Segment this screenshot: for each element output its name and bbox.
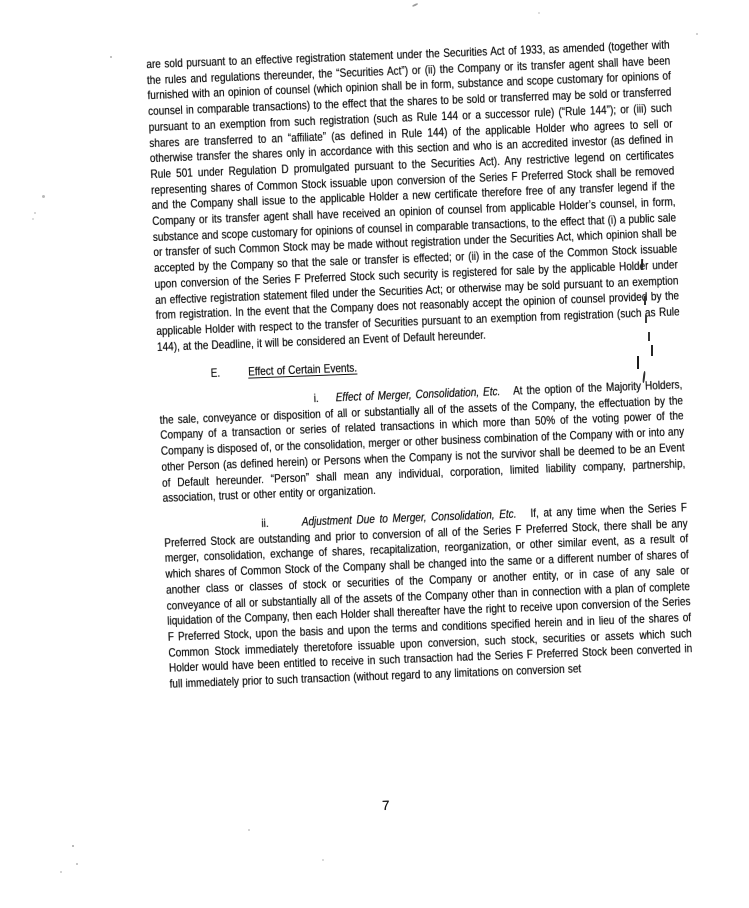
section-e-heading: E.Effect of Certain Events. [158,349,682,384]
page-number: 7 [382,798,390,813]
scan-speck [412,3,418,7]
subsection-ii-text: If, at any time when the Series F Prefer… [164,500,692,691]
scan-speck [248,829,250,831]
scanned-document-page: are sold pursuant to an effective regist… [0,0,749,908]
subsection-i-label: i. [313,391,319,405]
paragraph-transfer-restrictions: are sold pursuant to an effective regist… [146,38,680,356]
paragraph-adjustment-due-to-merger: ii.Adjustment Due to Merger, Consolidati… [163,500,693,692]
scan-speck [42,195,45,198]
scan-speck [538,12,540,14]
scan-speck [34,212,36,214]
subsection-ii-label: ii. [261,516,269,530]
scan-speck [322,859,324,861]
document-text-block: are sold pursuant to an effective regist… [146,38,693,693]
section-e-label: E. [210,366,220,380]
section-e-title: Effect of Certain Events. [248,361,357,379]
scan-speck [696,33,698,35]
paragraph-effect-of-merger: i.Effect of Merger, Consolidation, Etc. … [159,377,686,506]
scan-speck [72,845,74,847]
scan-speck [110,56,112,58]
